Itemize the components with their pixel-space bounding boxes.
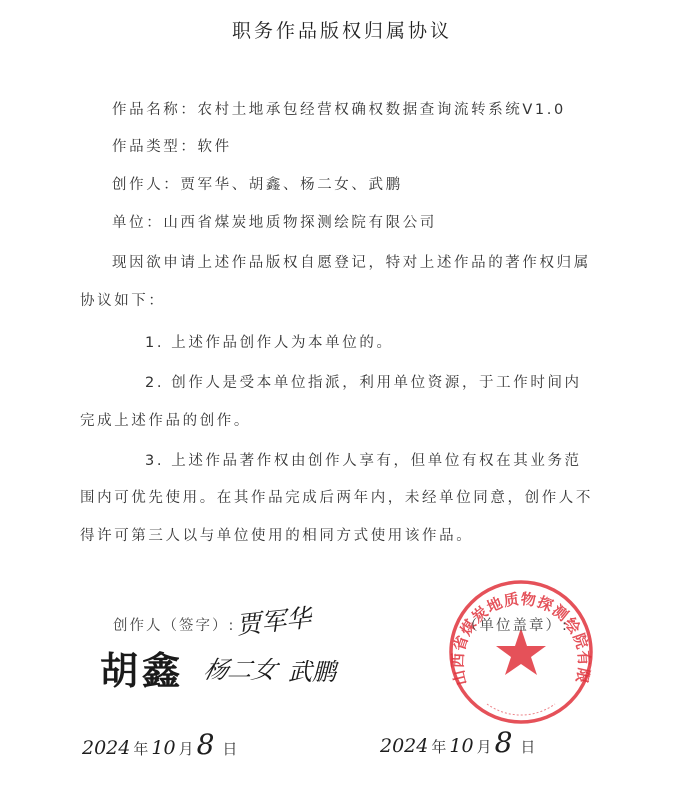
seal-star-icon [496, 628, 546, 675]
field-label: 创作人： [112, 177, 180, 193]
clause-2-line-1: 2. 创作人是受本单位指派，利用单位资源，于工作时间内 [145, 373, 582, 393]
date-year: 2024 [82, 737, 130, 759]
signature-hu-xin: 胡鑫 [100, 640, 184, 695]
clause-1-line-1: 1. 上述作品创作人为本单位的。 [145, 333, 394, 353]
clause-2-line-2: 完成上述作品的创作。 [80, 411, 251, 431]
field-label: 作品名称： [112, 102, 198, 118]
unit-seal-label: （单位盖章）: [463, 614, 569, 635]
date-day: 8 [197, 728, 215, 761]
creator-signature-label: 创作人（签字）: [113, 614, 235, 635]
unit-seal-date: 2024年10月8日 [380, 726, 538, 759]
date-day: 8 [495, 726, 513, 759]
document-title: 职务作品版权归属协议 [0, 16, 684, 43]
signature-yang-ernv: 杨二女 [201, 650, 282, 685]
clause-3-line-2: 围内可优先使用。在其作品完成后两年内，未经单位同意，创作人不 [80, 488, 593, 508]
date-month: 10 [449, 735, 473, 757]
intro-line-2: 协议如下： [80, 291, 166, 311]
field-value: 贾军华、胡鑫、杨二女、武鹏 [180, 177, 402, 193]
field-creators: 创作人：贾军华、胡鑫、杨二女、武鹏 [112, 175, 403, 195]
creator-signature-date: 2024年10月8日 [82, 728, 240, 761]
field-work-type: 作品类型：软件 [112, 137, 232, 157]
field-work-name: 作品名称：农村土地承包经营权确权数据查询流转系统V1.0 [112, 100, 566, 120]
date-year: 2024 [380, 735, 428, 757]
clause-3-line-1: 3. 上述作品著作权由创作人享有，但单位有权在其业务范 [145, 451, 582, 471]
intro-line-1: 现因欲申请上述作品版权自愿登记，特对上述作品的著作权归属 [112, 253, 591, 273]
signature-jia-junhua: 贾军华 [234, 598, 312, 642]
company-seal-icon: 山西省煤炭地质物探测绘院有限公司 [447, 578, 595, 726]
field-unit: 单位：山西省煤炭地质物探测绘院有限公司 [112, 213, 437, 233]
field-value: 农村土地承包经营权确权数据查询流转系统V1.0 [198, 102, 566, 118]
field-value: 软件 [198, 139, 232, 155]
date-month: 10 [151, 737, 175, 759]
signature-wu-peng: 武鹏 [288, 652, 336, 687]
field-label: 作品类型： [112, 139, 198, 155]
clause-3-line-3: 得许可第三人以与单位使用的相同方式使用该作品。 [80, 526, 473, 546]
field-value: 山西省煤炭地质物探测绘院有限公司 [163, 215, 437, 231]
agreement-page: 职务作品版权归属协议 作品名称：农村土地承包经营权确权数据查询流转系统V1.0 … [0, 0, 684, 795]
field-label: 单位： [112, 215, 163, 231]
